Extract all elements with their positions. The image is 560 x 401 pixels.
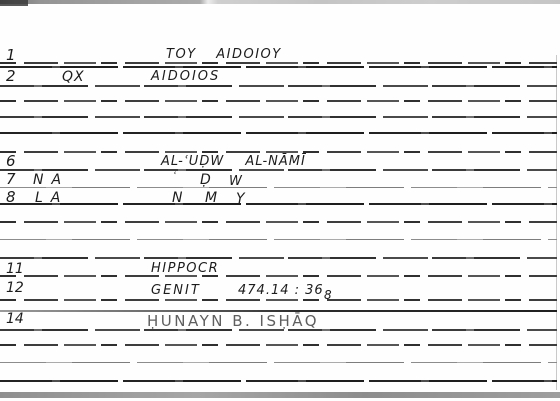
ruled-line <box>0 221 557 223</box>
entry-7-label: NA <box>33 173 69 187</box>
entry-12-locus: 474.14 : 36 <box>238 284 324 297</box>
ruled-line <box>0 380 557 382</box>
entry-12-subscript: 8 <box>324 289 332 301</box>
entry-14-translator: ḤUNAYN B. ISḤĀQ <box>147 314 319 329</box>
entry-7-number: 7 <box>6 172 16 187</box>
entry-8-root-letter-2: M <box>205 191 217 205</box>
entry-1-number: 1 <box>6 48 16 63</box>
entry-2-label: QX <box>62 70 85 84</box>
bottom-scan-artifact <box>0 392 560 398</box>
entry-11-number: 11 <box>6 262 24 276</box>
ruled-line <box>0 299 557 301</box>
ruled-line <box>0 169 557 171</box>
ruled-line <box>0 275 557 277</box>
ruled-line <box>0 239 557 240</box>
entry-1-greek-lemma: TOY AIDOIOY <box>166 48 282 61</box>
ruled-line <box>0 85 557 87</box>
ruled-line <box>0 257 557 259</box>
entry-12-number: 12 <box>6 281 24 295</box>
ruled-line <box>0 203 557 205</box>
ruled-line <box>0 362 557 363</box>
ruled-line <box>0 66 557 68</box>
card-right-edge <box>556 55 557 390</box>
entry-7-root-letter-3: W <box>229 175 242 188</box>
entry-2-greek-lemma: AIDOIOS <box>151 70 220 83</box>
entry-7-root-letter-2: Ḍ <box>200 173 211 187</box>
ruled-line <box>0 132 557 134</box>
entry-2-number: 2 <box>6 69 16 84</box>
top-left-smudge <box>0 0 28 6</box>
ruled-line <box>0 116 557 118</box>
entry-11-author: HIPPOCR <box>151 262 219 275</box>
top-scan-artifact <box>0 0 560 4</box>
scanned-index-card: 1 TOY AIDOIOY 2 QX AIDOIOS 6 AL-ʿUḌW AL-… <box>0 0 560 401</box>
entry-8-number: 8 <box>6 190 16 205</box>
entry-6-number: 6 <box>6 154 16 169</box>
ruled-line <box>0 62 557 64</box>
entry-14-number: 14 <box>6 312 24 326</box>
entry-8-root-letter-1: N <box>172 191 182 205</box>
ruled-line <box>0 100 557 102</box>
entry-8-label: LA <box>35 191 68 205</box>
entry-7-root-letter-1: ʿ <box>173 172 176 182</box>
entry-8-root-letter-3: Y <box>236 192 245 206</box>
ruled-line <box>0 187 557 188</box>
entry-6-arabic-lemma: AL-ʿUḌW AL-NĀMĪ <box>161 155 306 168</box>
ruled-line <box>0 151 557 153</box>
ruled-line <box>0 344 557 346</box>
entry-12-work: GENIT <box>151 284 201 297</box>
